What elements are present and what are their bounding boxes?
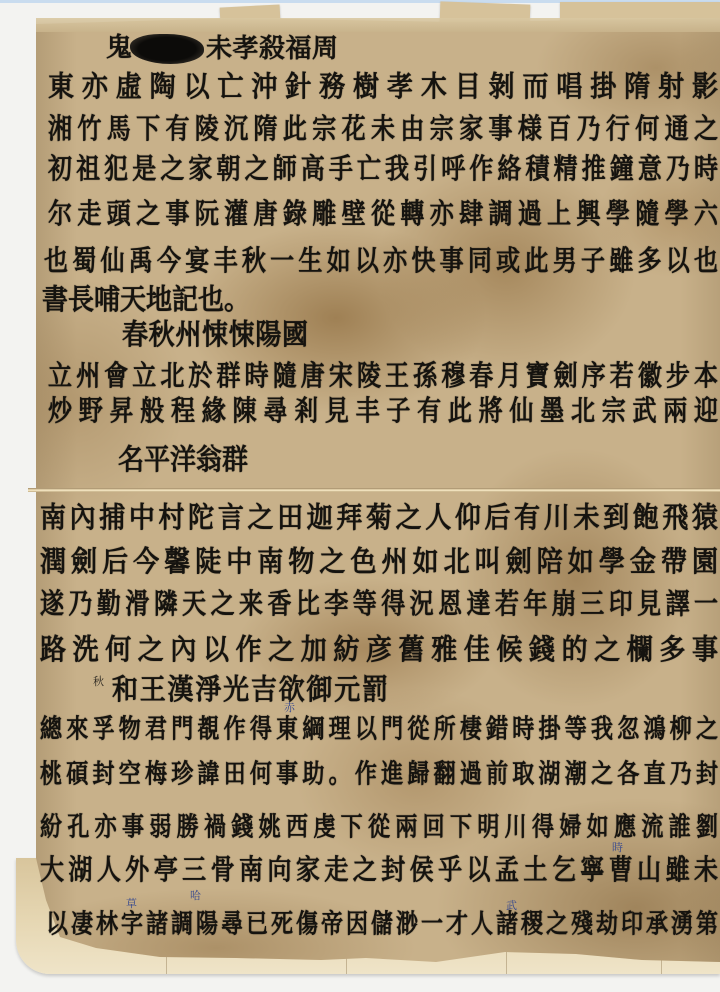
manuscript-line: 也蜀仙禹今宴丰秋一生如以亦快事同或此男子雖多以也 [44,247,718,275]
manuscript-line: 東亦虛陶以亡沖針務樹孝木目剝而唱掛隋射影 [48,73,718,102]
fold-crease [28,488,720,492]
manuscript-line: 路洗何之內以作之加紡彦舊雅佳候錢的之欄多事 [40,636,718,665]
manuscript-line: 名平洋翁群 [118,446,238,475]
marginal-annotation: 時 [612,842,623,853]
manuscript-line: 總來孚物君門覩作得東綱理以門從所棲錯時掛等我忽鴻柳之 [40,716,718,742]
page-top-edge [36,18,720,32]
manuscript-line: 紛孔亦事弱勝禍錢姚西虔下從兩回下明川得婦如應流誰劉 [40,814,718,840]
marginal-annotation: 赤 [284,702,295,713]
manuscript-line: 遂乃勤滑隣天之来香比李等得況恩達若年崩三印見譯一 [40,590,718,618]
manuscript-line: 潤劍后今馨陡中南物之色州如北叫劍陪如學金帶園 [40,548,718,577]
marginal-annotation: 武 [506,900,517,911]
manuscript-line: 書長哺天地記也。 [42,286,248,315]
manuscript-line: 立州會立北於群時隨唐宋陵王孫穆春月寶劍序若徽步本 [48,362,718,390]
marginal-annotation: 草 [126,898,137,909]
manuscript-line: 春秋州悚悚陽國 [122,321,308,350]
marginal-annotation: 哈 [190,890,201,901]
manuscript-line: 大湖人外亭三骨南向家走之封侯乎以孟土乞寧曹山雖未 [40,856,718,884]
manuscript-line: 湘竹馬下有陵沉隋此宗花未由宗家事様百乃行何通之 [48,115,718,143]
manuscript-line: 炒野昇般程緣陳尋剎見丰子有此將仙墨北宗武兩迎 [48,397,718,425]
manuscript-line: 以凄林字諸調陽尋已死傷帝因儲渺一才人諸稷之殘劫印承湧第 [46,911,718,937]
manuscript-line: 鬼 [106,35,132,61]
manuscript-line: 和王漢淨光吉欲御元罰 [112,676,388,705]
manuscript-line: 初祖犯是之家朝之師高手亡我引呼作絡積精推鐘意乃時 [48,155,718,183]
manuscript-line: 南內捕中村陀言之田迦拜菊之人仰后有川未到飽飛猿 [40,504,718,533]
marginal-annotation: 秋 [93,676,104,687]
manuscript-line: 未孝殺福周 [206,36,338,62]
manuscript-line: 桃碩封空梅珍諱田何事助。作進歸翻過前取湖潮之各直乃封 [40,761,718,787]
manuscript-line: 尔走頭之事阮灌唐錄雕壁從轉亦肆調過上興學隨學六 [48,200,718,228]
